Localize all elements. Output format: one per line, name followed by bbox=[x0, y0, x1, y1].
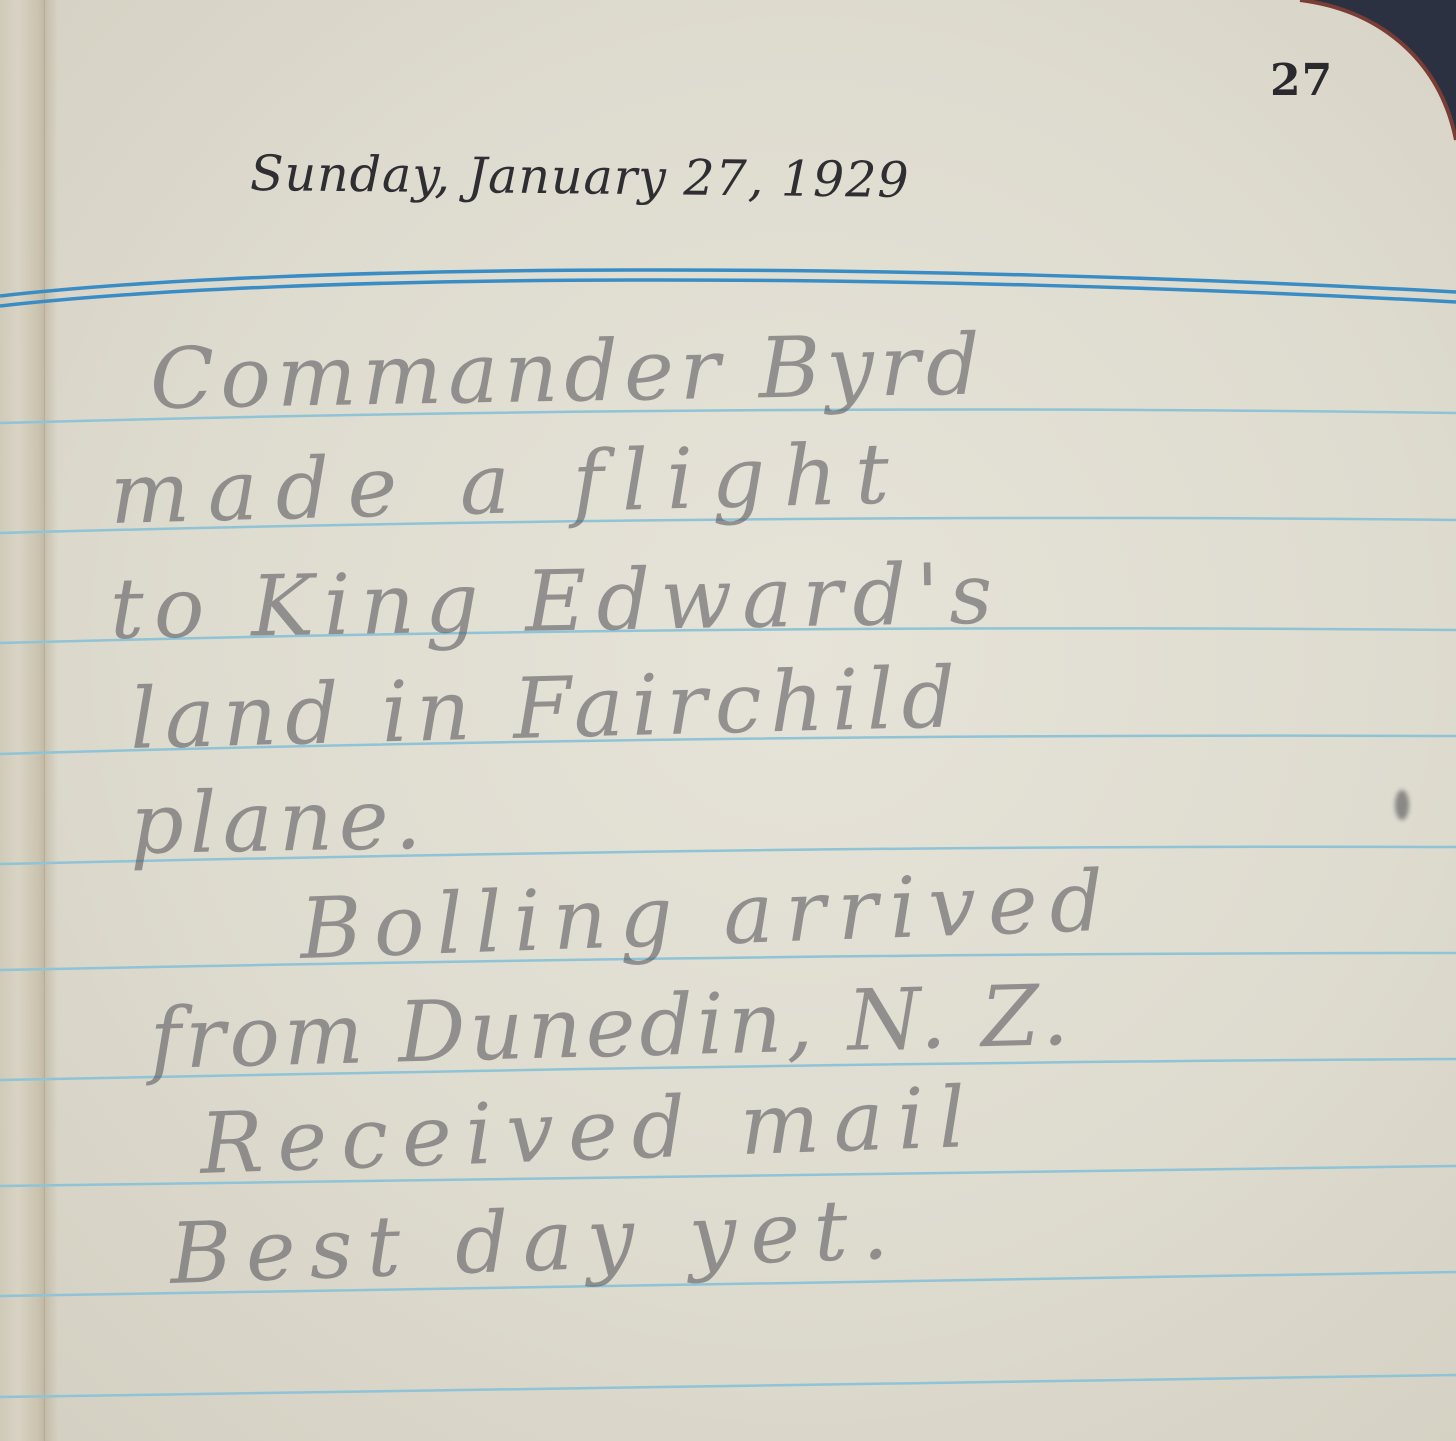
entry-line-5: plane. bbox=[129, 770, 428, 873]
pencil-smudge bbox=[1395, 790, 1409, 820]
date-heading: Sunday, January 27, 1929 bbox=[250, 145, 910, 209]
entry-line-2: made a flight bbox=[109, 424, 908, 543]
entry-line-3: to King Edward's bbox=[109, 544, 1003, 658]
entry-line-1: Commander Byrd bbox=[149, 315, 986, 428]
diary-page: 27 Sunday, January 27, 1929 Commander By… bbox=[0, 0, 1456, 1441]
